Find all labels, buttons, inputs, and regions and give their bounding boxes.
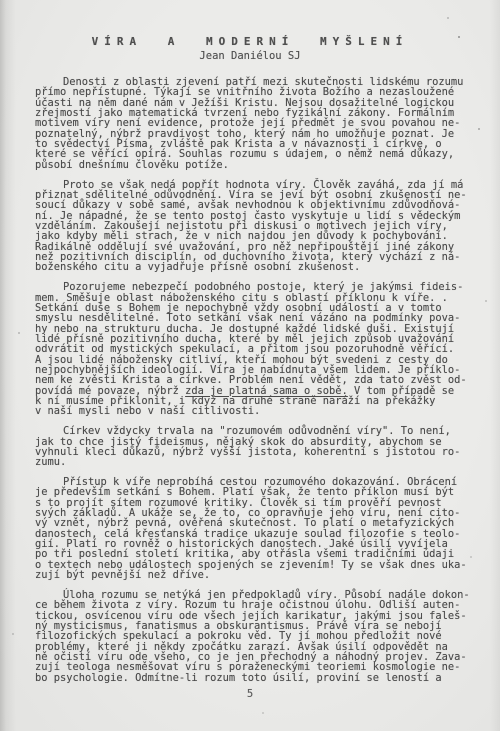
document-author: Jean Daniélou SJ: [0, 50, 500, 62]
text-segment: vyhnuli kleci důkazů, nýbrž vyšší jistot…: [35, 446, 460, 458]
document-title: VÍRA A MODERNÍ MYŠLENÍ: [0, 35, 500, 48]
text-segment: v naší mysli nebo v naší citlivosti.: [35, 405, 260, 417]
text-segment: bo psychologie. Odmítne-li rozum toto ús…: [35, 672, 442, 684]
paragraph: Církev vždycky trvala na "rozumovém odův…: [35, 426, 477, 467]
paragraph: Proto se však nedá popřít hodnota víry. …: [35, 180, 477, 273]
paragraph: Denosti z oblasti zjevení patří mezi sku…: [35, 77, 477, 170]
paragraph: Úloha rozumu se netýká jen předpokladů v…: [35, 590, 477, 683]
page-number: 5: [0, 688, 500, 700]
paragraph: Přístup k víře neprobíhá cestou rozumové…: [35, 477, 477, 580]
text-segment: boženského citu a vyjadřuje přísně osobn…: [35, 261, 360, 273]
document-body: Denosti z oblasti zjevení patří mezi sku…: [35, 77, 477, 693]
scanned-document-page: VÍRA A MODERNÍ MYŠLENÍ Jean Daniélou SJ …: [0, 0, 500, 731]
text-segment: zumu.: [35, 456, 66, 468]
scan-noise-speckles: [0, 0, 2, 2]
paragraph: Pozorujeme nebezpečí podobného postoje, …: [35, 282, 477, 416]
text-segment: zují být pevnější než dříve.: [35, 569, 210, 581]
text-segment: působí dnešnímu člověku potíže.: [35, 159, 229, 171]
